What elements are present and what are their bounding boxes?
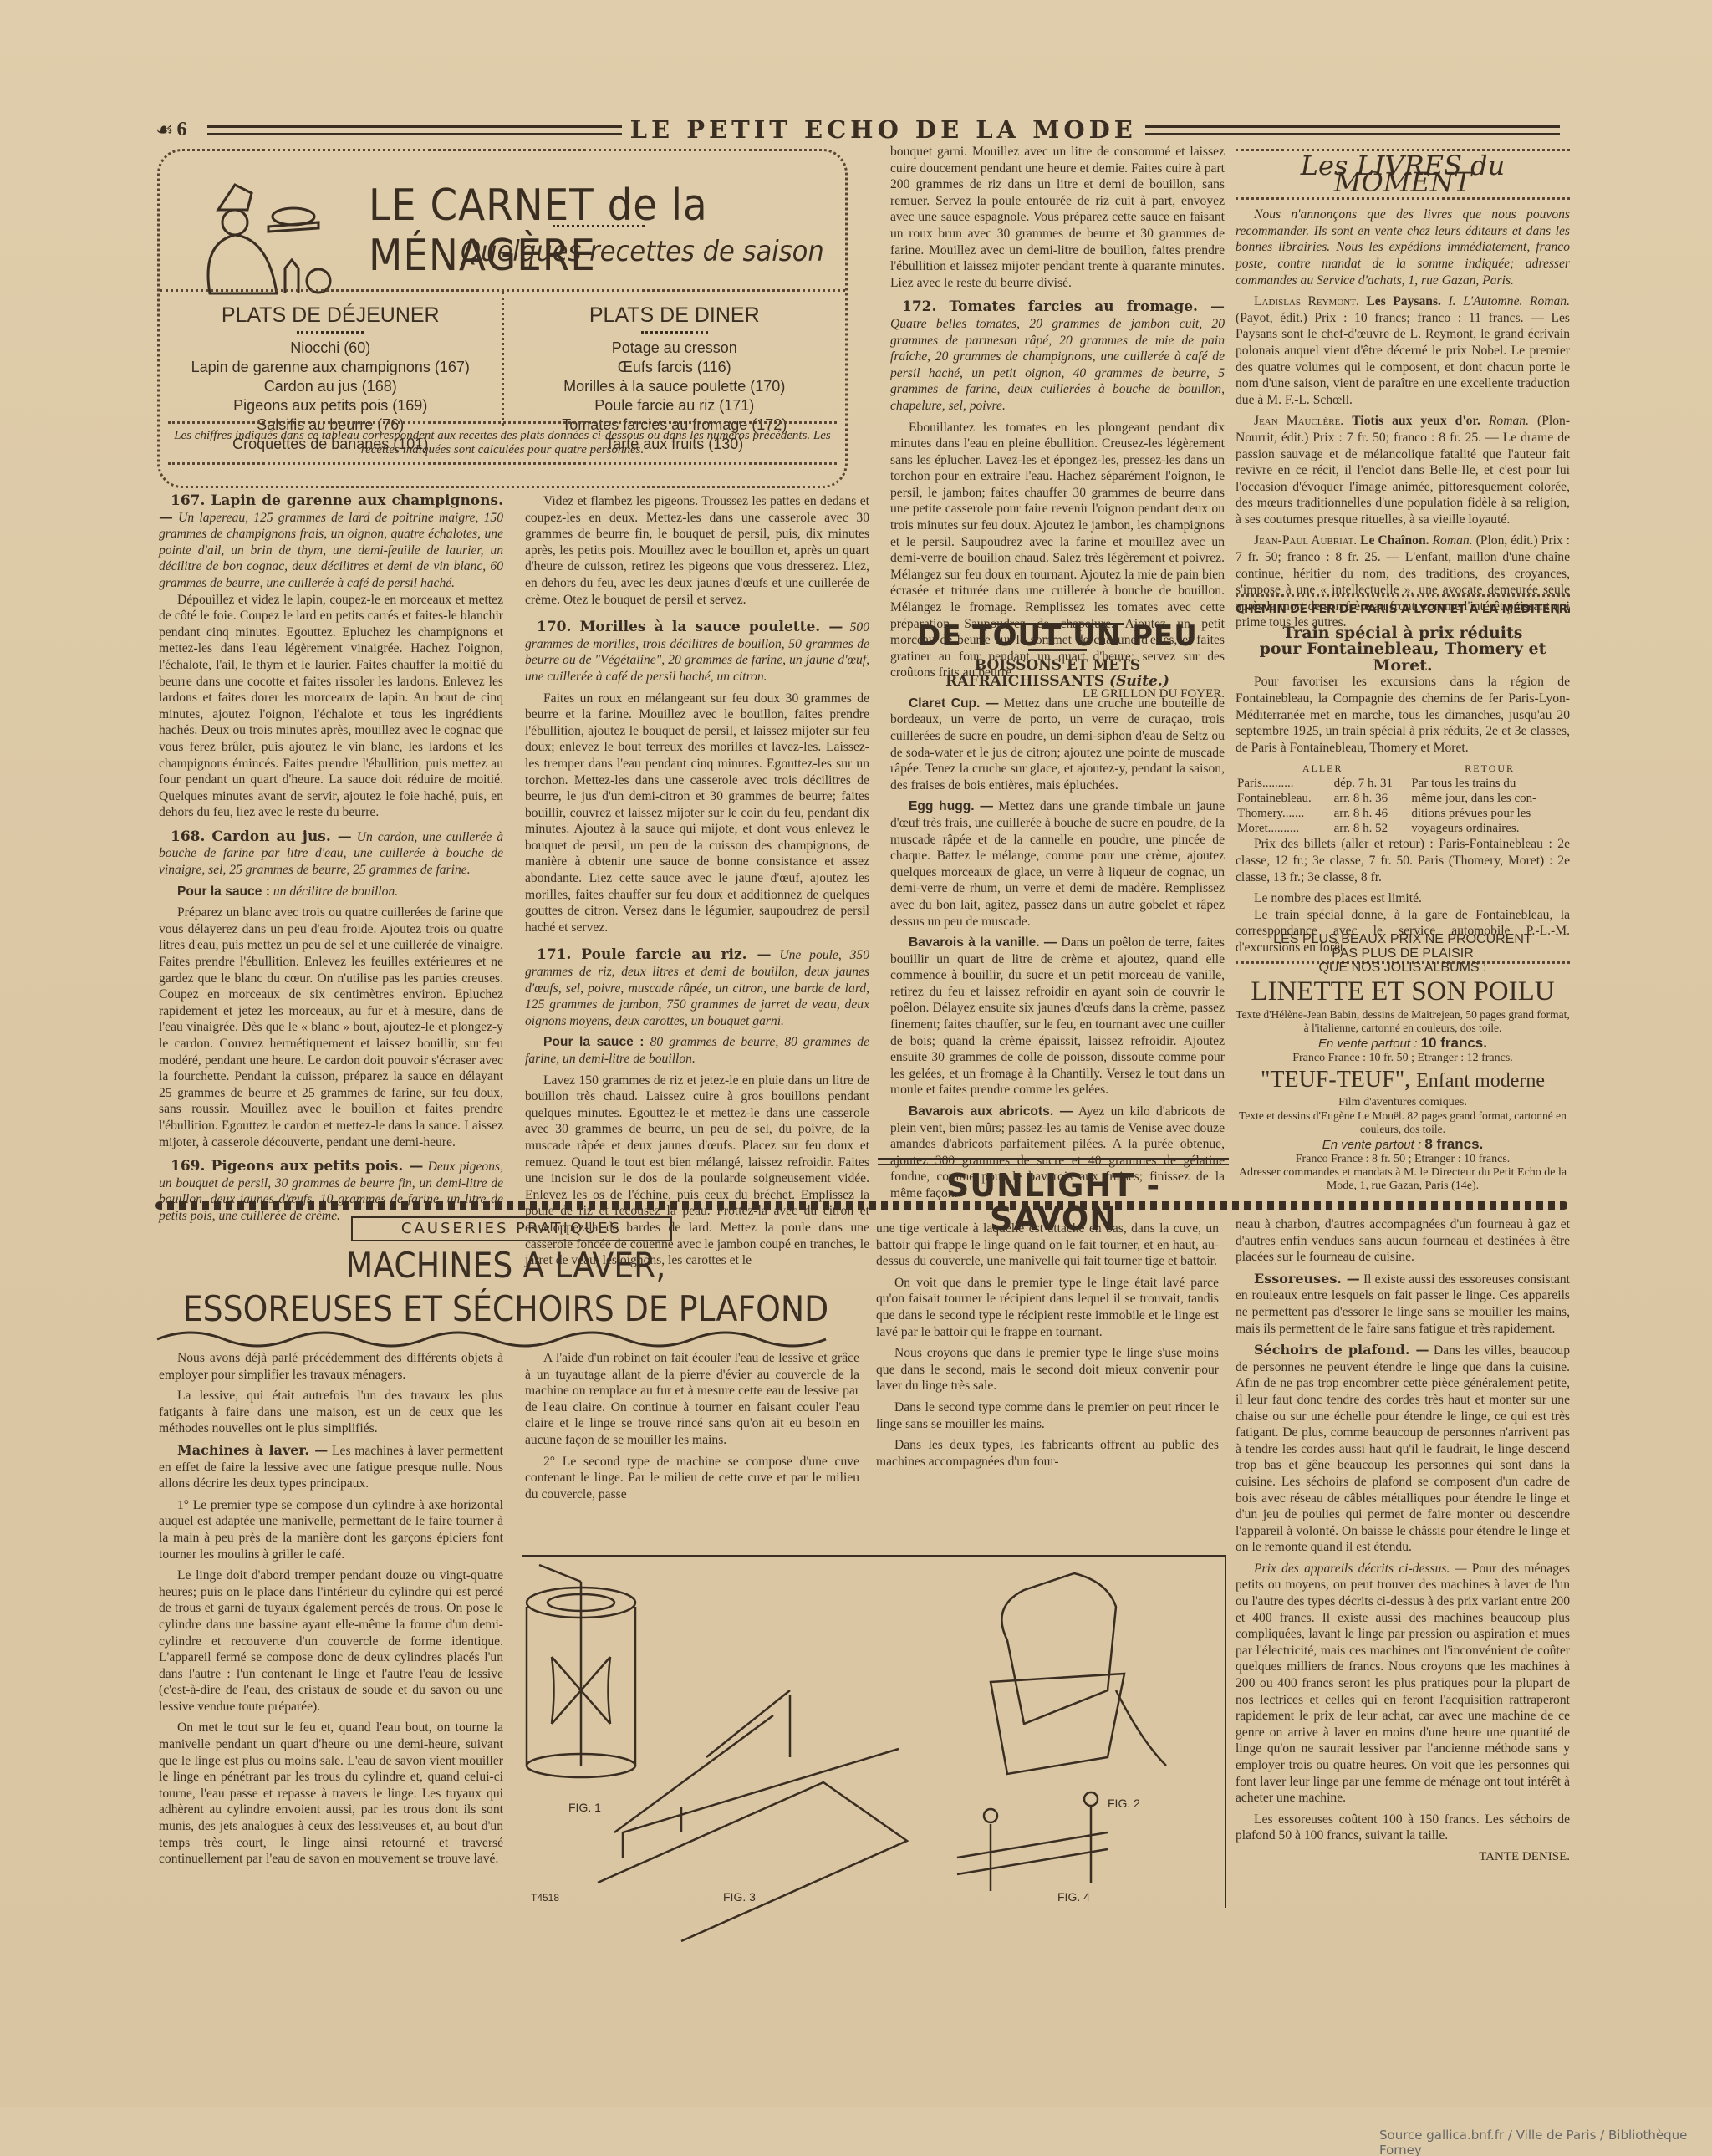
sechoirs-text: Dans les villes, beaucoup de personnes n… <box>1236 1343 1570 1554</box>
menu-heading: PLATS DE DÉJEUNER <box>160 303 502 328</box>
sale-label: En vente partout : <box>1318 1037 1417 1051</box>
station: Paris.......... <box>1236 776 1332 791</box>
prix-text: Pour des ménages petits ou moyens, on pe… <box>1236 1562 1570 1805</box>
paragraph: Dans les deux types, les fabricants offr… <box>876 1437 1219 1470</box>
newspaper-page: ☙ 6 LE PETIT ECHO DE LA MODE LE CARNET d… <box>0 0 1712 2107</box>
ad-line: LES PLUS BEAUX PRIX NE PROCURENT <box>1236 932 1570 946</box>
album2-genre: Film d'aventures comiques. <box>1236 1096 1570 1109</box>
recipe-column-2: Videz et flambez les pigeons. Troussez l… <box>525 493 869 1274</box>
book-author: Jean Mauclère. <box>1254 414 1343 428</box>
header-rule <box>207 125 622 135</box>
station: Moret.......... <box>1236 821 1332 836</box>
livres-intro: Nous n'annonçons que des livres que nous… <box>1236 206 1570 288</box>
train-schedule: ALLERRETOUR Paris..........dép. 7 h. 31P… <box>1236 761 1570 836</box>
sauce-label: Pour la sauce : <box>543 1035 645 1049</box>
carnet-note: Les chiffres indiqués dans ce tableau co… <box>168 421 837 465</box>
schedule-row: Thomery.......arr. 8 h. 46ditions prévue… <box>1236 806 1570 821</box>
livres-section: Les LIVRES du MOMENT Nous n'annonçons qu… <box>1236 149 1570 636</box>
causeries-column-3: une tige verticale à laquelle est attach… <box>876 1221 1219 1475</box>
causeries-column-2: A l'aide d'un robinet on fait écouler l'… <box>525 1350 859 1507</box>
tout-un-peu-section: DE TOUT UN PEU BOISSONS ET METS RAFRAICH… <box>890 623 1225 1207</box>
album2-title-rest: Enfant moderne <box>1416 1070 1545 1092</box>
causeries-column-4: neau à charbon, d'autres accompagnées d'… <box>1236 1216 1570 1866</box>
sauce-ingredients: un décilitre de bouillon. <box>273 884 398 899</box>
album1-franco: Franco France : 10 fr. 50 ; Etranger : 1… <box>1236 1052 1570 1065</box>
station: Fontainebleau. <box>1236 791 1332 806</box>
retour-note: ditions prévues pour les <box>1409 806 1570 821</box>
subtitle-line2: RAFRAICHISSANTS (Suite.) <box>890 674 1225 691</box>
drink-name: Bavarois à la vanille. — <box>909 935 1057 950</box>
drink-text: Mettez dans une cruche une bouteille de … <box>890 696 1225 793</box>
train-company: CHEMIN DE FER DE PARIS A LYON ET A LA MÉ… <box>1236 602 1570 619</box>
station: Thomery....... <box>1236 806 1332 821</box>
train-prices: Prix des billets (aller et retour) : Par… <box>1236 836 1570 885</box>
carnet-box: LE CARNET de la MÉNAGÈRE Quelques recett… <box>157 149 848 488</box>
book-sub: Roman. <box>1489 414 1529 428</box>
book-author: Ladislas Reymont. <box>1254 294 1359 308</box>
subtitle-line1: BOISSONS ET METS <box>890 658 1225 675</box>
sauce-line: Pour la sauce : 80 grammes de beurre, 80… <box>525 1034 869 1067</box>
book-sub: I. L'Automne. Roman. <box>1448 294 1570 308</box>
section-title: DE TOUT UN PEU <box>890 629 1225 645</box>
scroll-ornament-icon <box>157 1329 851 1346</box>
book-sub: Roman. <box>1433 533 1473 548</box>
carnet-subtitle: Quelques recettes de saison <box>461 235 824 268</box>
train-headline: pour Fontainebleau, Thomery et Moret. <box>1236 641 1570 674</box>
schedule-header: ALLERRETOUR <box>1236 761 1570 776</box>
recipe-ingredients: Un lapereau, 125 grammes de lard de poit… <box>159 511 503 590</box>
header-rule <box>1145 125 1560 135</box>
paragraph: Dans le second type comme dans le premie… <box>876 1399 1219 1432</box>
washing-machines-illustration-icon: FIG. 1 FIG. 2 FIG. 3 FIG. 4 T4518 <box>522 1557 1225 1908</box>
schedule-row: Paris..........dép. 7 h. 31Par tous les … <box>1236 776 1570 791</box>
paragraph: A l'aide d'un robinet on fait écouler l'… <box>525 1350 859 1449</box>
drink-name: Claret Cup. — <box>909 696 999 711</box>
retour-note: voyageurs ordinaires. <box>1409 821 1570 836</box>
recipe-167: 167. Lapin de garenne aux champignons. —… <box>159 493 503 592</box>
albums-ad: LES PLUS BEAUX PRIX NE PROCURENT PAS PLU… <box>1236 932 1570 1193</box>
recipe-text: Dépouillez et videz le lapin, coupez-le … <box>159 592 503 821</box>
menu-item: Potage au cresson <box>504 339 846 358</box>
paragraph: Machines à laver. — Les machines à laver… <box>159 1442 503 1492</box>
recipe-text: bouquet garni. Mouillez avec un litre de… <box>890 144 1225 291</box>
title-divider <box>553 225 645 227</box>
drink-text: Mettez dans une grande timbale un jaune … <box>890 799 1225 928</box>
train-limited: Le nombre des places est limité. <box>1236 890 1570 907</box>
recipe-168: 168. Cardon au jus. — Un cardon, une cui… <box>159 829 503 879</box>
train-intro: Pour favoriser les excursions dans la ré… <box>1236 674 1570 756</box>
order-address: Adresser commandes et mandats à M. le Di… <box>1236 1166 1570 1193</box>
album2-sale: En vente partout : 8 francs. <box>1236 1136 1570 1153</box>
recipe-170: 170. Morilles à la sauce poulette. — 500… <box>525 619 869 685</box>
album1-title: LINETTE ET SON POILU <box>1236 975 1570 1008</box>
fig2-label: FIG. 2 <box>1108 1797 1140 1810</box>
drink-item: Bavarois à la vanille. — Dans un poêlon … <box>890 935 1225 1098</box>
recipe-171: 171. Poule farcie au riz. — Une poule, 3… <box>525 947 869 1029</box>
paragraph: Le linge doit d'abord tremper pendant do… <box>159 1567 503 1715</box>
page-number: 6 <box>177 119 187 141</box>
sauce-label: Pour la sauce : <box>177 884 270 899</box>
menu-item: Poule farcie au riz (171) <box>504 396 846 415</box>
recipe-text: Faites un roux en mélangeant sur feu dou… <box>525 691 869 936</box>
aller-label: ALLER <box>1236 761 1409 776</box>
paragraph: neau à charbon, d'autres accompagnées d'… <box>1236 1216 1570 1266</box>
essoreuses-label: Essoreuses. — <box>1254 1271 1360 1287</box>
book-author: Jean-Paul Aubriat. <box>1254 533 1357 548</box>
album1-price: 10 francs. <box>1421 1035 1487 1051</box>
recipe-title: 170. Morilles à la sauce poulette. — <box>537 619 843 635</box>
subtitle-text: RAFRAICHISSANTS <box>945 673 1104 690</box>
menu-dejeuner: PLATS DE DÉJEUNER Niocchi (60) Lapin de … <box>160 292 504 426</box>
paragraph: Prix des appareils décrits ci-dessus. — … <box>1236 1561 1570 1807</box>
book-title: Le Chaînon. <box>1360 533 1429 548</box>
recipe-text: Videz et flambez les pigeons. Troussez l… <box>525 493 869 608</box>
schedule-row: Moret..........arr. 8 h. 52voyageurs ord… <box>1236 821 1570 836</box>
sauce-line: Pour la sauce : un décilitre de bouillon… <box>159 884 503 900</box>
retour-note: Par tous les trains du <box>1409 776 1570 791</box>
album2-desc: Texte et dessins d'Eugène Le Mouël. 82 p… <box>1236 1109 1570 1136</box>
paragraph: Nous avons déjà parlé précédemment des d… <box>159 1350 503 1383</box>
train-ad: CHEMIN DE FER DE PARIS A LYON ET A LA MÉ… <box>1236 589 1570 969</box>
paragraph: 2° Le second type de machine se compose … <box>525 1454 859 1503</box>
menu-item: Morilles à la sauce poulette (170) <box>504 377 846 396</box>
recipe-column-1: 167. Lapin de garenne aux champignons. —… <box>159 493 503 1230</box>
publication-title: LE PETIT ECHO DE LA MODE <box>630 115 1137 144</box>
schedule-row: Fontainebleau.arr. 8 h. 36même jour, dan… <box>1236 791 1570 806</box>
drink-item: Claret Cup. — Mettez dans une cruche une… <box>890 696 1225 794</box>
book-text: (Payot, édit.) Prix : 10 francs; franco … <box>1236 311 1570 407</box>
causeries-label: CAUSERIES PRATIQUES <box>351 1216 672 1241</box>
menu-item: Pigeons aux petits pois (169) <box>160 396 502 415</box>
paragraph: La lessive, qui était autrefois l'un des… <box>159 1388 503 1437</box>
album1-sale: En vente partout : 10 francs. <box>1236 1035 1570 1052</box>
menu-table: PLATS DE DÉJEUNER Niocchi (60) Lapin de … <box>160 289 845 426</box>
recipe-text: Préparez un blanc avec trois ou quatre c… <box>159 905 503 1150</box>
recipe-title: 171. Poule farcie au riz. — <box>537 946 771 963</box>
recipe-ingredients: Quatre belles tomates, 20 grammes de jam… <box>890 317 1225 413</box>
chef-illustration-icon <box>185 176 335 302</box>
title-line: MACHINES A LAVER, <box>159 1244 853 1287</box>
paragraph: Séchoirs de plafond. — Dans les villes, … <box>1236 1342 1570 1556</box>
drink-text: Dans un poêlon de terre, faites bouillir… <box>890 935 1225 1097</box>
book-entry: Jean Mauclère. Tiotis aux yeux d'or. Rom… <box>1236 413 1570 528</box>
prix-label: Prix des appareils décrits ci-dessus. — <box>1254 1562 1466 1576</box>
wave-divider <box>155 1201 1568 1210</box>
ad-line: QUE NOS JOLIS ALBUMS : <box>1236 961 1570 975</box>
subtitle-suite: (Suite.) <box>1109 673 1169 690</box>
menu-item: Niocchi (60) <box>160 339 502 358</box>
menu-item: Cardon au jus (168) <box>160 377 502 396</box>
menu-divider <box>641 331 708 334</box>
signature: TANTE DENISE. <box>1236 1849 1570 1866</box>
album2-title: "TEUF-TEUF", <box>1261 1067 1410 1093</box>
recipe-title: 169. Pigeons aux petits pois. — <box>171 1158 423 1175</box>
time: arr. 8 h. 36 <box>1332 791 1410 806</box>
retour-label: RETOUR <box>1409 761 1570 776</box>
menu-heading: PLATS DE DINER <box>504 303 846 328</box>
book-title: Tiotis aux yeux d'or. <box>1352 414 1480 428</box>
ad-rule <box>878 1158 1229 1165</box>
ad-line: PAS PLUS DE PLAISIR <box>1236 946 1570 961</box>
paragraph: On voit que dans le premier type le ling… <box>876 1275 1219 1340</box>
retour-note: même jour, dans les con- <box>1409 791 1570 806</box>
causeries-title: MACHINES A LAVER, ESSOREUSES ET SÉCHOIRS… <box>159 1244 853 1331</box>
album1-desc: Texte d'Hélène-Jean Babin, dessins de Ma… <box>1236 1008 1570 1035</box>
time: arr. 8 h. 46 <box>1332 806 1410 821</box>
menu-item: Œufs farcis (116) <box>504 358 846 377</box>
source-credit: Source gallica.bnf.fr / Ville de Paris /… <box>1379 2128 1712 2156</box>
paragraph: une tige verticale à laquelle est attach… <box>876 1221 1219 1270</box>
drink-item: Egg hugg. — Mettez dans une grande timba… <box>890 798 1225 930</box>
book-text: (Plon-Nourrit, édit.) Prix : 7 fr. 50; f… <box>1236 414 1570 527</box>
recipe-169: 169. Pigeons aux petits pois. — Deux pig… <box>159 1159 503 1224</box>
drink-name: Egg hugg. — <box>909 799 993 813</box>
album2-franco: Franco France : 8 fr. 50 ; Etranger : 10… <box>1236 1153 1570 1166</box>
recipe-172: 172. Tomates farcies au fromage. — Quatr… <box>890 299 1225 414</box>
drink-name: Bavarois aux abricots. — <box>909 1104 1073 1119</box>
album2-title-line: "TEUF-TEUF", Enfant moderne <box>1236 1065 1570 1096</box>
paragraph: On met le tout sur le feu et, quand l'ea… <box>159 1720 503 1867</box>
paragraph: 1° Le premier type se compose d'un cylin… <box>159 1497 503 1562</box>
menu-diner: PLATS DE DINER Potage au cresson Œufs fa… <box>504 292 846 426</box>
paragraph: Nous croyons que dans le premier type le… <box>876 1345 1219 1394</box>
book-title: Les Paysans. <box>1366 294 1441 308</box>
book-entry: Ladislas Reymont. Les Paysans. I. L'Auto… <box>1236 293 1570 408</box>
menu-item: Lapin de garenne aux champignons (167) <box>160 358 502 377</box>
menu-divider <box>297 331 364 334</box>
album2-price: 8 francs. <box>1424 1136 1483 1152</box>
recipe-title: 168. Cardon au jus. — <box>171 828 352 845</box>
machines-label: Machines à laver. — <box>177 1442 328 1458</box>
ornament-icon: ☙ <box>155 118 174 142</box>
livres-title: Les LIVRES du MOMENT <box>1236 149 1570 200</box>
title-line: ESSOREUSES ET SÉCHOIRS DE PLAFOND <box>159 1287 853 1331</box>
figures-panel: FIG. 1 FIG. 2 FIG. 3 FIG. 4 T4518 <box>522 1555 1226 1908</box>
sale-label: En vente partout : <box>1322 1138 1421 1152</box>
time: arr. 8 h. 52 <box>1332 821 1410 836</box>
fig4-label: FIG. 4 <box>1057 1890 1090 1904</box>
engraver-mark: T4518 <box>531 1892 559 1904</box>
fig1-label: FIG. 1 <box>568 1801 601 1814</box>
page-header: ☙ 6 LE PETIT ECHO DE LA MODE <box>155 115 1568 144</box>
dotted-divider <box>1236 594 1570 597</box>
causeries-column-1: Nous avons déjà parlé précédemment des d… <box>159 1350 503 1873</box>
paragraph: Les essoreuses coûtent 100 à 150 francs.… <box>1236 1812 1570 1844</box>
sechoirs-label: Séchoirs de plafond. — <box>1254 1342 1429 1358</box>
paragraph: Essoreuses. — Il existe aussi des essore… <box>1236 1271 1570 1337</box>
time: dép. 7 h. 31 <box>1332 776 1410 791</box>
recipe-title: 172. Tomates farcies au fromage. — <box>902 298 1225 315</box>
fig3-label: FIG. 3 <box>723 1890 756 1904</box>
